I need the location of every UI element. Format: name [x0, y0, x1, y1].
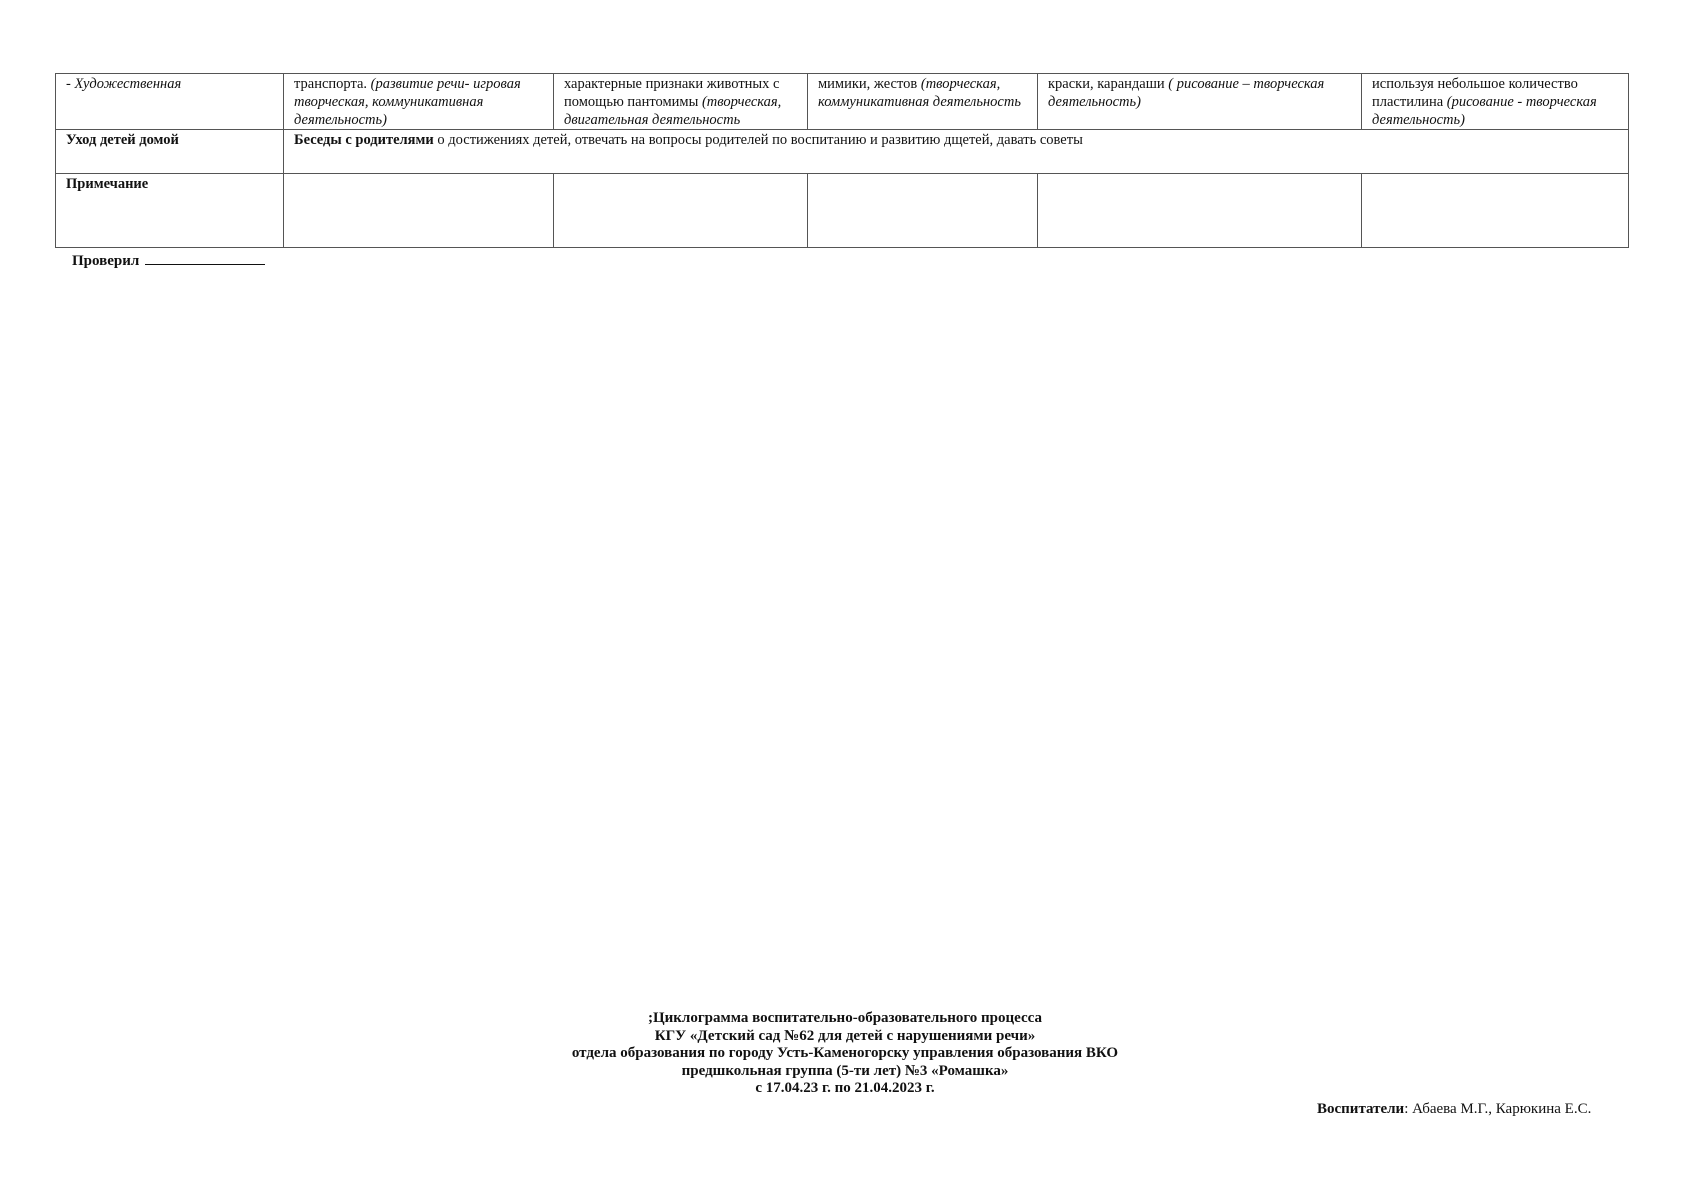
row-label-departure: Уход детей домой: [56, 130, 284, 174]
cell-text: транспорта.: [294, 76, 371, 92]
row-label-text: Уход детей домой: [66, 132, 179, 148]
cell-thursday: краски, карандаши ( рисование – творческ…: [1038, 74, 1362, 130]
title-line: КГУ «Детский сад №62 для детей с нарушен…: [340, 1028, 1350, 1046]
title-line-dates: с 17.04.23 г. по 21.04.2023 г.: [340, 1080, 1350, 1098]
cell-notes-monday: [284, 174, 554, 248]
cell-wednesday: мимики, жестов (творческая, коммуникатив…: [808, 74, 1038, 130]
educators-names: : Абаева М.Г., Карюкина Е.С.: [1404, 1101, 1591, 1117]
cell-friday: используя небольшое количество пластилин…: [1362, 74, 1629, 130]
title-line: отдела образования по городу Усть-Камено…: [340, 1045, 1350, 1063]
cell-notes-wednesday: [808, 174, 1038, 248]
row-label-text: - Художественная: [66, 76, 181, 92]
cell-text: о достижениях детей, отвечать на вопросы…: [434, 132, 1083, 148]
table-row-notes: Примечание: [56, 174, 1629, 248]
signature-line: [145, 250, 265, 265]
educators-line: Воспитатели: Абаева М.Г., Карюкина Е.С.: [1317, 1100, 1591, 1118]
cell-tuesday: характерные признаки животных с помощью …: [554, 74, 808, 130]
cell-monday: транспорта. (развитие речи- игровая твор…: [284, 74, 554, 130]
row-label-notes: Примечание: [56, 174, 284, 248]
schedule-table: - Художественная транспорта. (развитие р…: [55, 73, 1629, 248]
row-label-artistic: - Художественная: [56, 74, 284, 130]
title-line: предшкольная группа (5-ти лет) №3 «Ромаш…: [340, 1063, 1350, 1081]
cell-merged-parents-talks: Беседы с родителями о достижениях детей,…: [284, 130, 1629, 174]
cell-notes-tuesday: [554, 174, 808, 248]
cell-notes-thursday: [1038, 174, 1362, 248]
educators-label: Воспитатели: [1317, 1101, 1404, 1117]
checked-by-label: Проверил: [72, 253, 139, 269]
title-line: ;Циклограмма воспитательно-образовательн…: [340, 1010, 1350, 1028]
cell-text: мимики, жестов: [818, 76, 921, 92]
cell-bold-text: Беседы с родителями: [294, 132, 434, 148]
document-title-block: ;Циклограмма воспитательно-образовательн…: [340, 1010, 1350, 1098]
cell-text: краски, карандаши: [1048, 76, 1168, 92]
cell-notes-friday: [1362, 174, 1629, 248]
table-row-artistic: - Художественная транспорта. (развитие р…: [56, 74, 1629, 130]
table-row-departure: Уход детей домой Беседы с родителями о д…: [56, 130, 1629, 174]
row-label-text: Примечание: [66, 176, 148, 192]
checked-by-signature: Проверил: [72, 250, 265, 270]
